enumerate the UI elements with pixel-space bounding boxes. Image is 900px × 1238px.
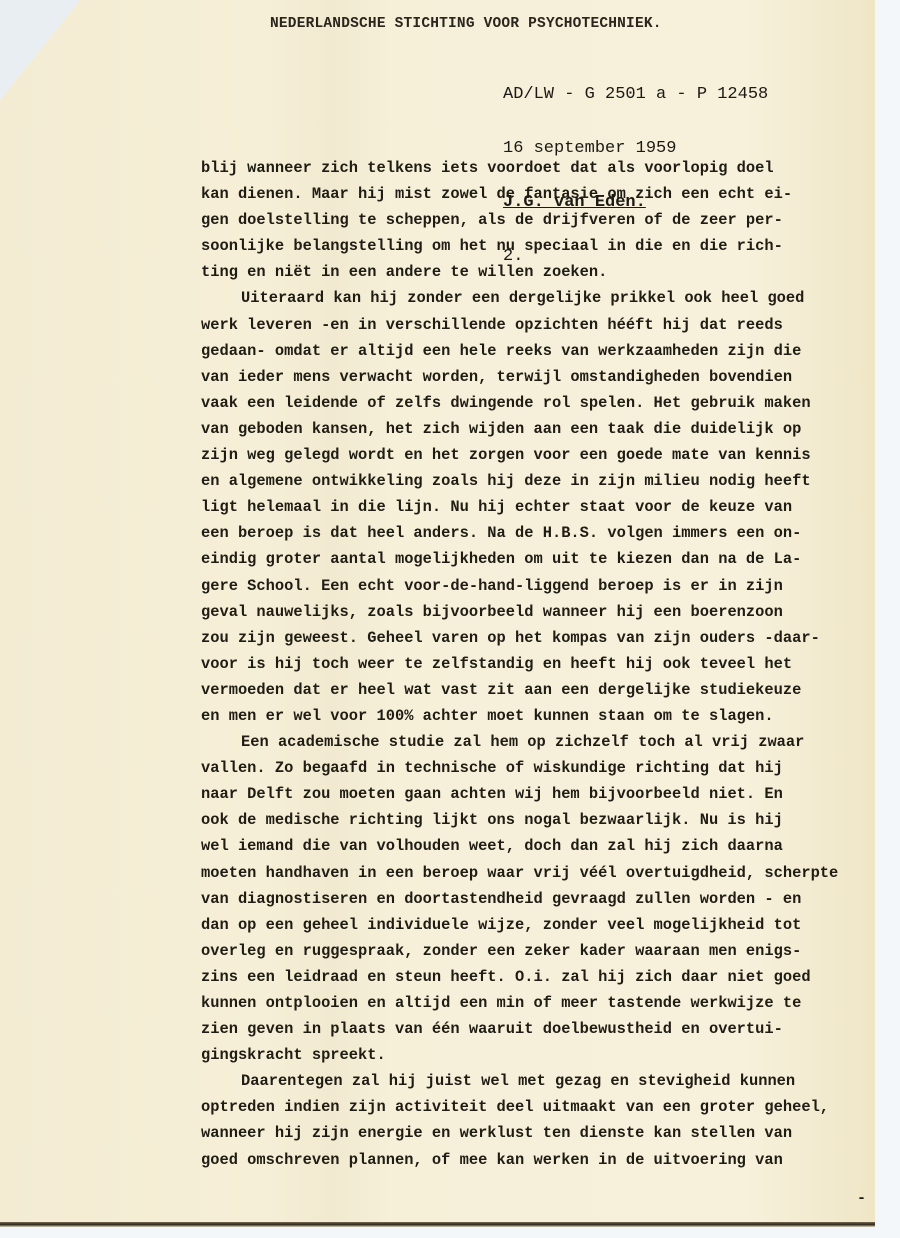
text-line: en men er wel voor 100% achter moet kunn… <box>201 703 900 729</box>
text-line: optreden indien zijn activiteit deel uit… <box>201 1094 900 1120</box>
reference-code: AD/LW - G 2501 a - P 12458 <box>503 86 768 104</box>
page-bottom-edge <box>0 1222 875 1227</box>
text-line: zou zijn geweest. Geheel varen op het ko… <box>201 625 900 651</box>
text-line: overleg en ruggespraak, zonder een zeker… <box>201 938 900 964</box>
text-line: gedaan- omdat er altijd een hele reeks v… <box>201 338 900 364</box>
text-line: naar Delft zou moeten gaan achten wij he… <box>201 781 900 807</box>
text-line: goed omschreven plannen, of mee kan werk… <box>201 1147 900 1173</box>
continuation-mark: - <box>857 1190 866 1207</box>
text-line: vallen. Zo begaafd in technische of wisk… <box>201 755 900 781</box>
text-line: eindig groter aantal mogelijkheden om ui… <box>201 546 900 572</box>
text-line: van diagnostiseren en doortastendheid ge… <box>201 886 900 912</box>
text-line: van ieder mens verwacht worden, terwijl … <box>201 364 900 390</box>
text-line: kunnen ontplooien en altijd een min of m… <box>201 990 900 1016</box>
paragraph: blij wanneer zich telkens iets voordoet … <box>201 155 900 285</box>
text-line: gere School. Een echt voor-de-hand-ligge… <box>201 573 900 599</box>
text-line: geval nauwelijks, zoals bijvoorbeeld wan… <box>201 599 900 625</box>
text-line: zins een leidraad en steun heeft. O.i. z… <box>201 964 900 990</box>
text-line: vaak een leidende of zelfs dwingende rol… <box>201 390 900 416</box>
text-line: dan op een geheel individuele wijze, zon… <box>201 912 900 938</box>
text-line: wel iemand die van volhouden weet, doch … <box>201 833 900 859</box>
text-line: zien geven in plaats van één waaruit doe… <box>201 1016 900 1042</box>
text-line: en algemene ontwikkeling zoals hij deze … <box>201 468 900 494</box>
text-line: ook de medische richting lijkt ons nogal… <box>201 807 900 833</box>
text-line: vermoeden dat er heel wat vast zit aan e… <box>201 677 900 703</box>
text-line: werk leveren -en in verschillende opzich… <box>201 312 900 338</box>
text-line: zijn weg gelegd wordt en het zorgen voor… <box>201 442 900 468</box>
text-line: soonlijke belangstelling om het nu speci… <box>201 233 900 259</box>
text-line: Een academische studie zal hem op zichze… <box>201 729 900 755</box>
text-line: kan dienen. Maar hij mist zowel de fanta… <box>201 181 900 207</box>
body-text: blij wanneer zich telkens iets voordoet … <box>201 155 900 1173</box>
text-line: moeten handhaven in een beroep waar vrij… <box>201 860 900 886</box>
text-line: een beroep is dat heel anders. Na de H.B… <box>201 520 900 546</box>
text-line: blij wanneer zich telkens iets voordoet … <box>201 155 900 181</box>
text-line: voor is hij toch weer te zelfstandig en … <box>201 651 900 677</box>
text-line: ting en niët in een andere te willen zoe… <box>201 259 900 285</box>
text-line: ligt helemaal in die lijn. Nu hij echter… <box>201 494 900 520</box>
paragraph: Een academische studie zal hem op zichze… <box>201 729 900 1068</box>
letterhead: NEDERLANDSCHE STICHTING VOOR PSYCHOTECHN… <box>270 16 662 32</box>
text-line: Uiteraard kan hij zonder een dergelijke … <box>201 285 900 311</box>
text-line: van geboden kansen, het zich wijden aan … <box>201 416 900 442</box>
text-line: gingskracht spreekt. <box>201 1042 900 1068</box>
text-line: gen doelstelling te scheppen, als de dri… <box>201 207 900 233</box>
text-line: Daarentegen zal hij juist wel met gezag … <box>201 1068 900 1094</box>
text-line: wanneer hij zijn energie en werklust ten… <box>201 1120 900 1146</box>
paragraph: Daarentegen zal hij juist wel met gezag … <box>201 1068 900 1172</box>
paragraph: Uiteraard kan hij zonder een dergelijke … <box>201 285 900 729</box>
